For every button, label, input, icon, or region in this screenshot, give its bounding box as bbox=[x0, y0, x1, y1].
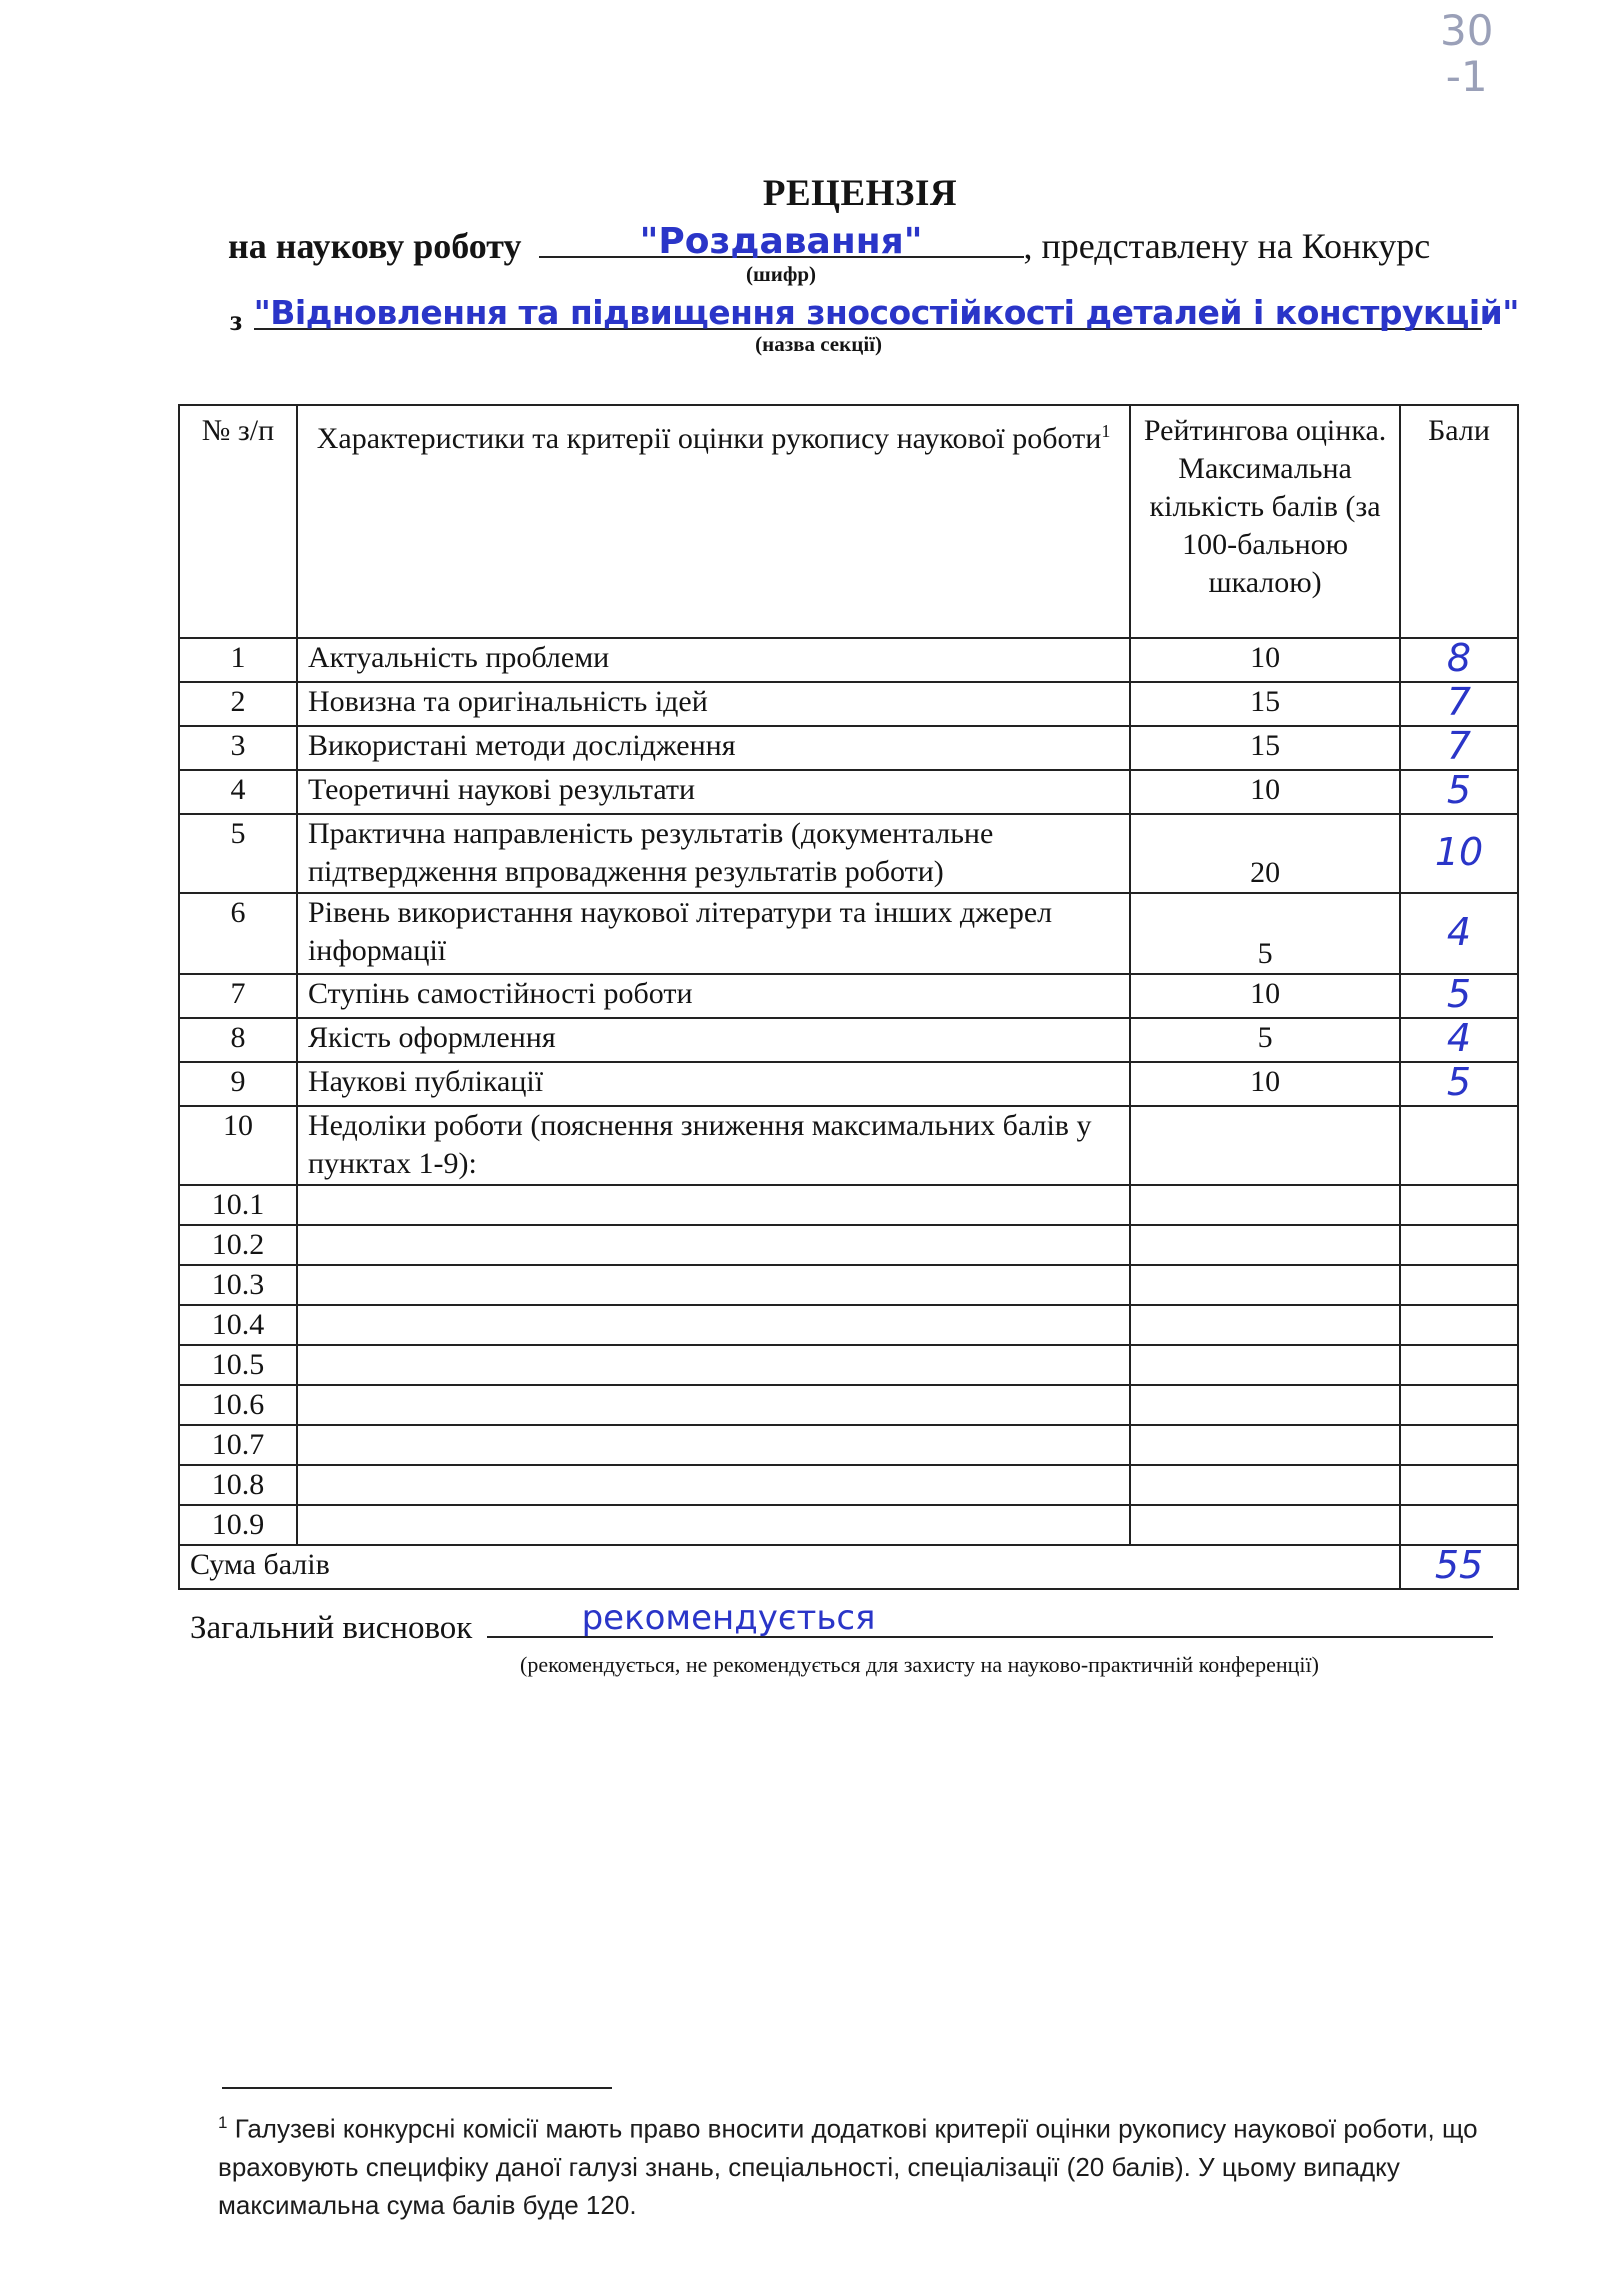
footnote-divider bbox=[222, 2087, 612, 2089]
deficiency-max-cell[interactable] bbox=[1130, 1425, 1400, 1465]
corner-annotation: 30 -1 bbox=[1440, 8, 1493, 100]
row-points-cell[interactable]: 7 bbox=[1400, 726, 1518, 770]
deficiency-points-cell[interactable] bbox=[1400, 1305, 1518, 1345]
deficiency-row: 10.8 bbox=[179, 1465, 1518, 1505]
deficiency-max-cell[interactable] bbox=[1130, 1225, 1400, 1265]
row-max-score: 10 bbox=[1130, 770, 1400, 814]
footnote-mark: 1 bbox=[218, 2113, 227, 2132]
deficiency-text-cell[interactable] bbox=[297, 1345, 1130, 1385]
row-max-score bbox=[1130, 1106, 1400, 1185]
section-line: з "Відновлення та підвищення зносостійко… bbox=[230, 292, 1482, 338]
deficiency-text-cell[interactable] bbox=[297, 1385, 1130, 1425]
row-max-score: 5 bbox=[1130, 1018, 1400, 1062]
table-row: 3Використані методи дослідження157 bbox=[179, 726, 1518, 770]
table-row: 6Рівень використання наукової літератури… bbox=[179, 893, 1518, 974]
deficiency-max-cell[interactable] bbox=[1130, 1385, 1400, 1425]
deficiency-points-cell[interactable] bbox=[1400, 1425, 1518, 1465]
row-points: 7 bbox=[1447, 724, 1471, 768]
total-row: Сума балів 55 bbox=[179, 1545, 1518, 1589]
deficiency-num: 10.8 bbox=[179, 1465, 297, 1505]
row-criterion: Практична направленість результатів (док… bbox=[297, 814, 1130, 893]
row-max-score: 15 bbox=[1130, 726, 1400, 770]
deficiency-row: 10.9 bbox=[179, 1505, 1518, 1545]
row-points: 4 bbox=[1447, 1016, 1471, 1060]
row-points: 5 bbox=[1447, 972, 1471, 1016]
total-points-cell[interactable]: 55 bbox=[1400, 1545, 1518, 1589]
row-max-score: 20 bbox=[1130, 814, 1400, 893]
row-num: 9 bbox=[179, 1062, 297, 1106]
deficiency-num: 10.4 bbox=[179, 1305, 297, 1345]
work-prefix: на наукову роботу bbox=[228, 226, 522, 266]
table-row: 4Теоретичні наукові результати105 bbox=[179, 770, 1518, 814]
deficiency-row: 10.1 bbox=[179, 1185, 1518, 1225]
criteria-rows: 1Актуальність проблеми1082Новизна та ори… bbox=[179, 638, 1518, 1185]
deficiency-max-cell[interactable] bbox=[1130, 1505, 1400, 1545]
deficiency-row: 10.7 bbox=[179, 1425, 1518, 1465]
deficiency-text-cell[interactable] bbox=[297, 1265, 1130, 1305]
deficiency-num: 10.1 bbox=[179, 1185, 297, 1225]
row-points-cell[interactable]: 5 bbox=[1400, 1062, 1518, 1106]
deficiency-num: 10.2 bbox=[179, 1225, 297, 1265]
row-criterion: Теоретичні наукові результати bbox=[297, 770, 1130, 814]
deficiency-points-cell[interactable] bbox=[1400, 1345, 1518, 1385]
header-footnote-mark: 1 bbox=[1101, 421, 1110, 441]
deficiency-points-cell[interactable] bbox=[1400, 1465, 1518, 1505]
table-row: 7Ступінь самостійності роботи105 bbox=[179, 974, 1518, 1018]
deficiency-row: 10.6 bbox=[179, 1385, 1518, 1425]
header-max: Рейтингова оцінка. Максимальна кількість… bbox=[1130, 405, 1400, 638]
row-points: 4 bbox=[1447, 910, 1471, 954]
deficiency-points-cell[interactable] bbox=[1400, 1505, 1518, 1545]
section-name-field[interactable]: "Відновлення та підвищення зносостійкост… bbox=[254, 292, 1482, 330]
deficiency-text-cell[interactable] bbox=[297, 1425, 1130, 1465]
row-num: 7 bbox=[179, 974, 297, 1018]
row-max-score: 10 bbox=[1130, 1062, 1400, 1106]
deficiency-points-cell[interactable] bbox=[1400, 1385, 1518, 1425]
deficiency-rows: 10.110.210.310.410.510.610.710.810.9 bbox=[179, 1185, 1518, 1545]
deficiency-max-cell[interactable] bbox=[1130, 1265, 1400, 1305]
row-points-cell[interactable]: 4 bbox=[1400, 1018, 1518, 1062]
deficiency-row: 10.5 bbox=[179, 1345, 1518, 1385]
section-prefix: з bbox=[230, 304, 242, 337]
footnote: 1 Галузеві конкурсні комісії мають право… bbox=[218, 2104, 1538, 2224]
deficiency-row: 10.3 bbox=[179, 1265, 1518, 1305]
conclusion-line: Загальний висновок рекомендується bbox=[190, 1602, 1493, 1647]
deficiency-max-cell[interactable] bbox=[1130, 1185, 1400, 1225]
row-num: 4 bbox=[179, 770, 297, 814]
row-points-cell[interactable]: 5 bbox=[1400, 974, 1518, 1018]
table-header-row: № з/п Характеристики та критерії оцінки … bbox=[179, 405, 1518, 638]
row-max-score: 10 bbox=[1130, 638, 1400, 682]
conclusion-field[interactable]: рекомендується bbox=[487, 1602, 1493, 1638]
row-num: 8 bbox=[179, 1018, 297, 1062]
deficiency-max-cell[interactable] bbox=[1130, 1465, 1400, 1505]
table-row: 1Актуальність проблеми108 bbox=[179, 638, 1518, 682]
deficiency-text-cell[interactable] bbox=[297, 1505, 1130, 1545]
deficiency-num: 10.6 bbox=[179, 1385, 297, 1425]
header-points: Бали bbox=[1400, 405, 1518, 638]
row-points-cell[interactable]: 7 bbox=[1400, 682, 1518, 726]
row-criterion: Наукові публікації bbox=[297, 1062, 1130, 1106]
work-suffix: , представлену на Конкурс bbox=[1024, 226, 1431, 266]
row-num: 5 bbox=[179, 814, 297, 893]
table-row: 2Новизна та оригінальність ідей157 bbox=[179, 682, 1518, 726]
row-criterion: Рівень використання наукової літератури … bbox=[297, 893, 1130, 974]
deficiency-max-cell[interactable] bbox=[1130, 1345, 1400, 1385]
row-points: 8 bbox=[1447, 636, 1471, 680]
deficiency-num: 10.5 bbox=[179, 1345, 297, 1385]
header-criteria-text: Характеристики та критерії оцінки рукопи… bbox=[317, 422, 1102, 455]
row-points: 5 bbox=[1447, 1060, 1471, 1104]
row-criterion: Ступінь самостійності роботи bbox=[297, 974, 1130, 1018]
header-num: № з/п bbox=[179, 405, 297, 638]
row-points-cell[interactable]: 8 bbox=[1400, 638, 1518, 682]
corner-annotation-line1: 30 bbox=[1440, 8, 1493, 54]
row-points: 5 bbox=[1447, 768, 1471, 812]
deficiency-points-cell[interactable] bbox=[1400, 1225, 1518, 1265]
work-line: на наукову роботу "Роздавання" (шифр) , … bbox=[228, 222, 1430, 267]
header-criteria: Характеристики та критерії оцінки рукопи… bbox=[297, 405, 1130, 638]
row-num: 10 bbox=[179, 1106, 297, 1185]
deficiency-num: 10.3 bbox=[179, 1265, 297, 1305]
table-row: 8Якість оформлення54 bbox=[179, 1018, 1518, 1062]
row-points-cell[interactable]: 4 bbox=[1400, 893, 1518, 974]
deficiency-max-cell[interactable] bbox=[1130, 1305, 1400, 1345]
table-row: 9Наукові публікації105 bbox=[179, 1062, 1518, 1106]
section-name-value: "Відновлення та підвищення зносостійкост… bbox=[254, 293, 1482, 332]
deficiency-points-cell[interactable] bbox=[1400, 1185, 1518, 1225]
section-name-caption: (назва секції) bbox=[254, 332, 1384, 357]
deficiency-text-cell[interactable] bbox=[297, 1185, 1130, 1225]
conclusion-value: рекомендується bbox=[487, 1598, 1493, 1638]
row-num: 6 bbox=[179, 893, 297, 974]
row-criterion: Недоліки роботи (пояснення зниження макс… bbox=[297, 1106, 1130, 1185]
deficiency-text-cell[interactable] bbox=[297, 1465, 1130, 1505]
deficiency-row: 10.2 bbox=[179, 1225, 1518, 1265]
row-points-cell[interactable]: 10 bbox=[1400, 814, 1518, 893]
deficiency-num: 10.7 bbox=[179, 1425, 297, 1465]
deficiency-text-cell[interactable] bbox=[297, 1225, 1130, 1265]
row-points-cell[interactable]: 5 bbox=[1400, 770, 1518, 814]
work-code-field[interactable]: "Роздавання" (шифр) bbox=[539, 222, 1024, 258]
deficiency-points-cell[interactable] bbox=[1400, 1265, 1518, 1305]
row-criterion: Використані методи дослідження bbox=[297, 726, 1130, 770]
corner-annotation-line2: -1 bbox=[1440, 54, 1493, 100]
deficiency-text-cell[interactable] bbox=[297, 1305, 1130, 1345]
row-max-score: 5 bbox=[1130, 893, 1400, 974]
document-title: РЕЦЕНЗІЯ bbox=[0, 172, 1622, 215]
total-points: 55 bbox=[1435, 1543, 1483, 1587]
row-num: 1 bbox=[179, 638, 297, 682]
row-num: 3 bbox=[179, 726, 297, 770]
row-criterion: Якість оформлення bbox=[297, 1018, 1130, 1062]
evaluation-table: № з/п Характеристики та критерії оцінки … bbox=[178, 404, 1519, 1590]
row-criterion: Новизна та оригінальність ідей bbox=[297, 682, 1130, 726]
table-row: 5Практична направленість результатів (до… bbox=[179, 814, 1518, 893]
deficiency-row: 10.4 bbox=[179, 1305, 1518, 1345]
row-max-score: 10 bbox=[1130, 974, 1400, 1018]
deficiency-num: 10.9 bbox=[179, 1505, 297, 1545]
row-num: 2 bbox=[179, 682, 297, 726]
conclusion-caption: (рекомендується, не рекомендується для з… bbox=[520, 1652, 1319, 1678]
row-points: 7 bbox=[1447, 680, 1471, 724]
total-label: Сума балів bbox=[179, 1545, 1400, 1589]
footnote-text: Галузеві конкурсні комісії мають право в… bbox=[218, 2114, 1478, 2220]
conclusion-label: Загальний висновок bbox=[190, 1610, 472, 1646]
row-max-score: 15 bbox=[1130, 682, 1400, 726]
row-points-cell[interactable] bbox=[1400, 1106, 1518, 1185]
row-points: 10 bbox=[1435, 830, 1483, 874]
table-row: 10Недоліки роботи (пояснення зниження ма… bbox=[179, 1106, 1518, 1185]
row-criterion: Актуальність проблеми bbox=[297, 638, 1130, 682]
work-code-value: "Роздавання" bbox=[539, 221, 1024, 262]
work-code-caption: (шифр) bbox=[539, 262, 1024, 287]
